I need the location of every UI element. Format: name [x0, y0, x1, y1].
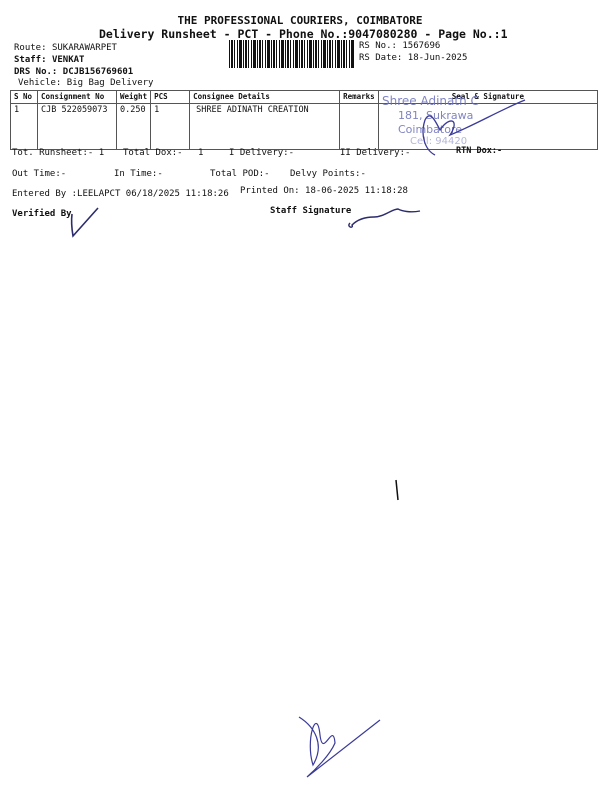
- route-line: Route: SUKARAWARPET: [14, 43, 117, 53]
- cell-consignment: CJB 522059073: [38, 104, 117, 150]
- staff-signature-icon: [344, 205, 424, 231]
- rtn-dox: RTN Dox:-: [456, 146, 502, 156]
- tot-runsheet: Tot. Runsheet:- 1: [12, 148, 104, 158]
- cell-pcs: 1: [151, 104, 190, 150]
- col-pcs: PCS: [151, 91, 190, 104]
- printed-on: Printed On: 18-06-2025 11:18:28: [240, 186, 408, 196]
- vehicle-value: Big Bag Delivery: [67, 78, 154, 88]
- staff-line: Staff: VENKAT: [14, 55, 84, 65]
- runsheet-subtitle: Delivery Runsheet - PCT - Phone No.:9047…: [99, 27, 508, 41]
- rs-no-value: 1567696: [402, 41, 440, 51]
- col-consignment: Consignment No: [38, 91, 117, 104]
- ii-delivery: II Delivery:-: [340, 148, 410, 158]
- cell-remarks: [340, 104, 379, 150]
- stray-mark-icon: [392, 478, 402, 508]
- col-weight: Weight: [117, 91, 151, 104]
- col-remarks: Remarks: [340, 91, 379, 104]
- rs-date-value: 18-Jun-2025: [408, 53, 468, 63]
- verified-by-label: Verified By: [12, 209, 72, 219]
- staff-label: Staff:: [14, 55, 47, 65]
- drs-label: DRS No.:: [14, 67, 57, 77]
- cell-sno: 1: [11, 104, 38, 150]
- vehicle-label: Vehicle:: [18, 78, 61, 88]
- staff-signature-label: Staff Signature: [270, 206, 351, 216]
- cell-consignee: SHREE ADINATH CREATION: [190, 104, 340, 150]
- drs-line: DRS No.: DCJB156769601: [14, 67, 133, 77]
- company-title: THE PROFESSIONAL COURIERS, COIMBATORE: [0, 14, 600, 27]
- vehicle-line: Vehicle: Big Bag Delivery: [18, 78, 153, 88]
- route-value: SUKARAWARPET: [52, 43, 117, 53]
- col-consignee: Consignee Details: [190, 91, 340, 104]
- verified-signature-icon: [68, 206, 102, 238]
- entered-by: Entered By :LEELAPCT 06/18/2025 11:18:26: [12, 189, 229, 199]
- bottom-signature-icon: [295, 705, 385, 785]
- col-sno: S No: [11, 91, 38, 104]
- rs-no-line: RS No.: 1567696: [359, 41, 440, 51]
- total-dox-value: 1: [198, 148, 203, 158]
- route-label: Route:: [14, 43, 47, 53]
- drs-value: DCJB156769601: [63, 67, 133, 77]
- rs-date-line: RS Date: 18-Jun-2025: [359, 53, 467, 63]
- total-dox-label: Total Dox:-: [123, 148, 183, 158]
- i-delivery: I Delivery:-: [229, 148, 294, 158]
- staff-value: VENKAT: [52, 55, 85, 65]
- rs-no-label: RS No.:: [359, 41, 397, 51]
- barcode: [229, 40, 354, 68]
- in-time: In Time:-: [114, 169, 163, 179]
- out-time: Out Time:-: [12, 169, 66, 179]
- cell-weight: 0.250: [117, 104, 151, 150]
- delvy-points: Delvy Points:-: [290, 169, 366, 179]
- total-pod: Total POD:-: [210, 169, 270, 179]
- rs-date-label: RS Date:: [359, 53, 402, 63]
